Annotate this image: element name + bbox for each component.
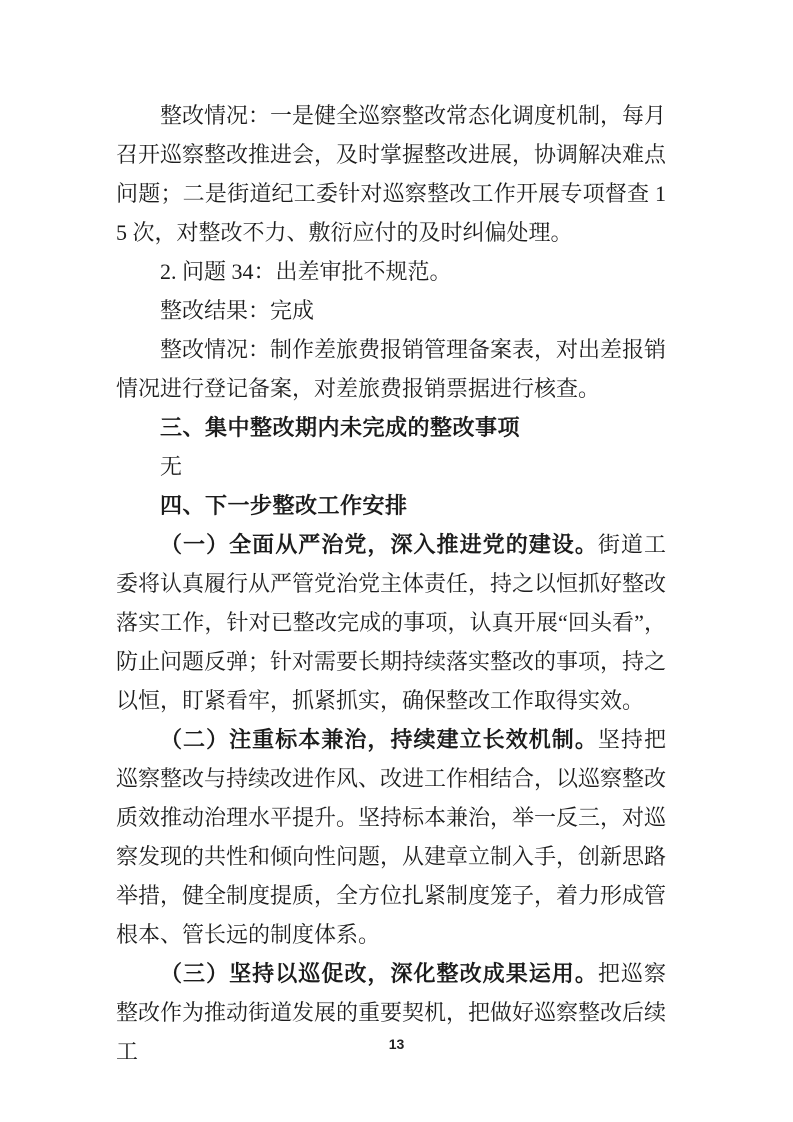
para-text: 整改情况：一是健全巡察整改常态化调度机制，每月召开巡察整改推进会，及时掌握整改进… — [116, 103, 666, 245]
document-body: 整改情况：一是健全巡察整改常态化调度机制，每月召开巡察整改推进会，及时掌握整改进… — [116, 96, 666, 1071]
para-text: 2. 问题 34：出差审批不规范。 — [160, 259, 452, 284]
heading-text: 四、下一步整改工作安排 — [160, 493, 408, 518]
para-subsection-3: （三）坚持以巡促改，深化整改成果运用。把巡察整改作为推动街道发展的重要契机，把做… — [116, 954, 666, 1071]
para-subsection-1: （一）全面从严治党，深入推进党的建设。街道工委将认真履行从严管党治党主体责任，持… — [116, 525, 666, 720]
para-text: 整改情况：制作差旅费报销管理备案表，对出差报销情况进行登记备案，对差旅费报销票据… — [116, 337, 666, 401]
para-text: 坚持把巡察整改与持续改进作风、改进工作相结合，以巡察整改质效推动治理水平提升。坚… — [116, 727, 666, 947]
para-text: 无 — [160, 454, 182, 479]
para-rectification-status-2: 整改情况：制作差旅费报销管理备案表，对出差报销情况进行登记备案，对差旅费报销票据… — [116, 330, 666, 408]
para-none-item: 无 — [116, 447, 666, 486]
para-problem-34: 2. 问题 34：出差审批不规范。 — [116, 252, 666, 291]
heading-text: 三、集中整改期内未完成的整改事项 — [160, 415, 520, 440]
para-rectification-status-1: 整改情况：一是健全巡察整改常态化调度机制，每月召开巡察整改推进会，及时掌握整改进… — [116, 96, 666, 252]
subsection-lead-text: （二）注重标本兼治，持续建立长效机制。 — [160, 727, 598, 752]
para-text: 整改结果：完成 — [160, 298, 314, 323]
para-rectification-result: 整改结果：完成 — [116, 291, 666, 330]
subsection-lead-text: （一）全面从严治党，深入推进党的建设。 — [160, 532, 598, 557]
subsection-lead-text: （三）坚持以巡促改，深化整改成果运用。 — [160, 961, 598, 986]
section-heading-4: 四、下一步整改工作安排 — [116, 486, 666, 525]
para-text: 街道工委将认真履行从严管党治党主体责任，持之以恒抓好整改落实工作，针对已整改完成… — [116, 532, 666, 713]
page-number: 13 — [0, 1036, 793, 1052]
document-page: 整改情况：一是健全巡察整改常态化调度机制，每月召开巡察整改推进会，及时掌握整改进… — [0, 0, 793, 1122]
section-heading-3: 三、集中整改期内未完成的整改事项 — [116, 408, 666, 447]
para-subsection-2: （二）注重标本兼治，持续建立长效机制。坚持把巡察整改与持续改进作风、改进工作相结… — [116, 720, 666, 954]
